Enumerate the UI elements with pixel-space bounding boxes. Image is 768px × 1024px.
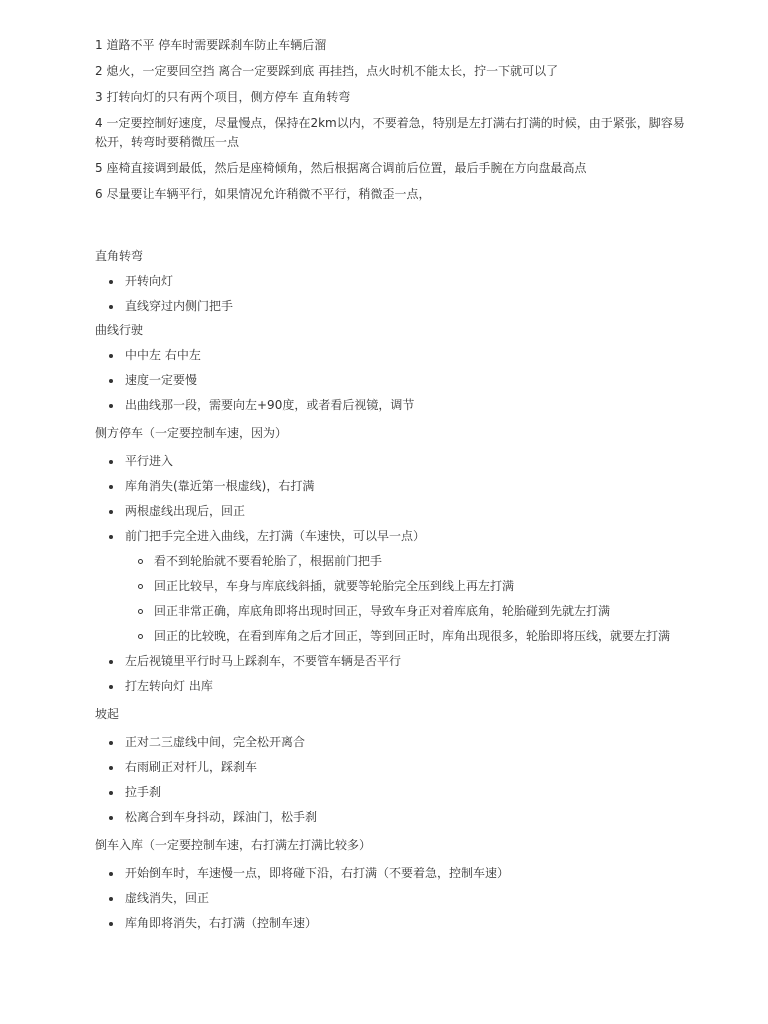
note-2: 2 熄火，一定要回空挡 离合一定要踩到底 再挂挡，点火时机不能太长，拧一下就可以…	[95, 62, 685, 81]
list-curve-driving: 中中左 右中左 速度一定要慢 出曲线那一段，需要向左+90度，或者看后视镜，调节	[95, 346, 685, 415]
list-right-angle-turn: 开转向灯 直线穿过内侧门把手	[95, 272, 685, 316]
list-item: 左后视镜里平行时马上踩刹车，不要管车辆是否平行	[95, 652, 685, 671]
list-item: 直线穿过内侧门把手	[95, 297, 685, 316]
list-item: 库角消失(靠近第一根虚线)，右打满	[95, 477, 685, 496]
list-item: 出曲线那一段，需要向左+90度，或者看后视镜，调节	[95, 396, 685, 415]
section-title-curve-driving: 曲线行驶	[95, 321, 685, 340]
section-title-hill-start: 坡起	[95, 705, 685, 724]
sub-list-item: 回正比较早，车身与库底线斜插，就要等轮胎完全压到线上再左打满	[95, 577, 685, 596]
list-item: 速度一定要慢	[95, 371, 685, 390]
list-reverse-parking: 开始倒车时，车速慢一点，即将碰下沿，右打满（不要着急，控制车速） 虚线消失，回正…	[95, 864, 685, 933]
note-5: 5 座椅直接调到最低，然后是座椅倾角，然后根据离合调前后位置，最后手腕在方向盘最…	[95, 159, 685, 178]
list-item: 两根虚线出现后，回正	[95, 502, 685, 521]
sub-list-item: 回正非常正确，库底角即将出现时回正，导致车身正对着库底角，轮胎碰到先就左打满	[95, 602, 685, 621]
section-title-reverse-parking: 倒车入库（一定要控制车速，右打满左打满比较多）	[95, 836, 685, 855]
sub-list-item: 回正的比较晚，在看到库角之后才回正，等到回正时，库角出现很多，轮胎即将压线，就要…	[95, 627, 685, 646]
section-title-right-angle-turn: 直角转弯	[95, 247, 685, 266]
note-4: 4 一定要控制好速度，尽量慢点，保持在2km以内，不要着急，特别是左打满右打满的…	[95, 114, 685, 152]
note-1: 1 道路不平 停车时需要踩刹车防止车辆后溜	[95, 36, 685, 55]
list-item: 开转向灯	[95, 272, 685, 291]
list-item: 库角即将消失，右打满（控制车速）	[95, 914, 685, 933]
list-hill-start: 正对二三虚线中间，完全松开离合 右雨刷正对杆儿，踩刹车 拉手刹 松离合到车身抖动…	[95, 733, 685, 827]
list-parallel-parking: 平行进入 库角消失(靠近第一根虚线)，右打满 两根虚线出现后，回正 前门把手完全…	[95, 452, 685, 696]
list-item: 正对二三虚线中间，完全松开离合	[95, 733, 685, 752]
document-body: 1 道路不平 停车时需要踩刹车防止车辆后溜 2 熄火，一定要回空挡 离合一定要踩…	[95, 36, 685, 933]
list-item: 拉手刹	[95, 783, 685, 802]
list-item: 右雨刷正对杆儿，踩刹车	[95, 758, 685, 777]
list-item: 前门把手完全进入曲线，左打满（车速快，可以早一点）	[95, 527, 685, 546]
list-item: 松离合到车身抖动，踩油门，松手刹	[95, 808, 685, 827]
note-6: 6 尽量要让车辆平行，如果情况允许稍微不平行，稍微歪一点，	[95, 185, 685, 204]
note-3: 3 打转向灯的只有两个项目，侧方停车 直角转弯	[95, 88, 685, 107]
list-item: 平行进入	[95, 452, 685, 471]
list-item: 中中左 右中左	[95, 346, 685, 365]
section-title-parallel-parking: 侧方停车（一定要控制车速，因为）	[95, 424, 685, 443]
sub-list-item: 看不到轮胎就不要看轮胎了，根据前门把手	[95, 552, 685, 571]
list-item: 打左转向灯 出库	[95, 677, 685, 696]
list-item: 开始倒车时，车速慢一点，即将碰下沿，右打满（不要着急，控制车速）	[95, 864, 685, 883]
list-item: 虚线消失，回正	[95, 889, 685, 908]
